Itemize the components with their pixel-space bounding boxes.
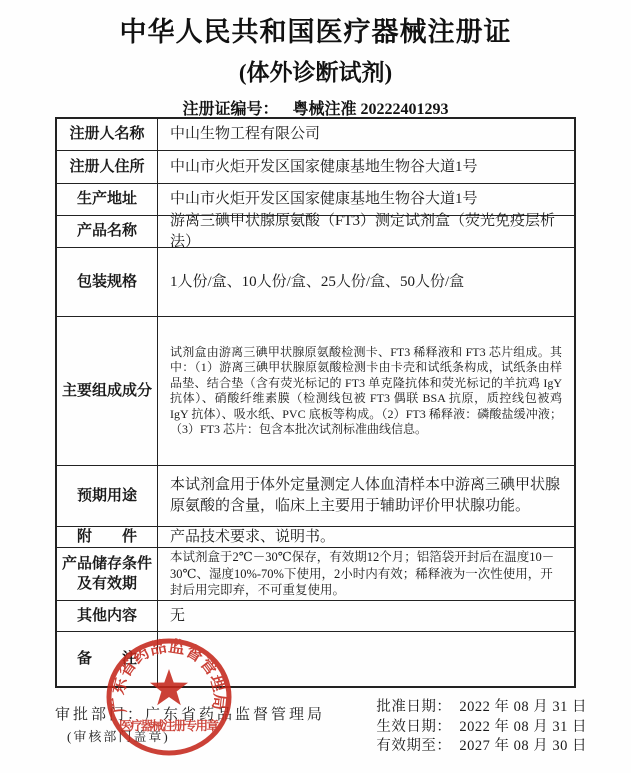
registration-number-line: 注册证编号：粤械注准 20222401293	[0, 96, 631, 119]
field-label: 注册人住所	[57, 151, 158, 183]
table-row-intended-use: 预期用途 本试剂盒用于体外定量测定人体血清样本中游离三碘甲状腺原氨酸的含量，临床…	[57, 466, 574, 527]
field-value-text: 本试剂盒于2℃－30℃保存，有效期12个月；铝箔袋开封后在温度10－30℃、湿度…	[170, 549, 564, 599]
field-value-text: 产品技术要求、说明书。	[170, 527, 564, 548]
table-row-registrant-address: 注册人住所 中山市火炬开发区国家健康基地生物谷大道1号	[57, 151, 574, 184]
certificate-table: 注册人名称 中山生物工程有限公司 注册人住所 中山市火炬开发区国家健康基地生物谷…	[55, 117, 576, 688]
field-value-text: 中山生物工程有限公司	[170, 124, 564, 145]
certificate-title: 中华人民共和国医疗器械注册证	[0, 10, 631, 49]
field-value-text: 无	[170, 606, 564, 627]
field-label: 附 件	[57, 527, 158, 547]
official-seal: 广东省药品监督管理局 医疗器械注册专用章	[94, 627, 246, 773]
certificate-subtitle: (体外诊断试剂)	[0, 54, 631, 87]
field-value: 产品技术要求、说明书。	[158, 527, 574, 547]
field-label: 包装规格	[57, 248, 158, 316]
approval-date-value: 2022 年 08 月 31 日	[459, 698, 587, 718]
table-row-main-components: 主要组成成分 试剂盒由游离三碘甲状腺原氨酸检测卡、FT3 稀释液和 FT3 芯片…	[57, 317, 574, 466]
effective-date-row: 生效日期： 2022 年 08 月 31 日	[376, 718, 587, 738]
effective-date-value: 2022 年 08 月 31 日	[459, 718, 587, 738]
field-label: 生产地址	[57, 184, 158, 215]
table-row-storage-conditions: 产品储存条件及有效期 本试剂盒于2℃－30℃保存，有效期12个月；铝箔袋开封后在…	[57, 548, 574, 601]
expiry-date-row: 有效期至： 2027 年 08 月 30 日	[376, 737, 587, 757]
field-value: 中山生物工程有限公司	[158, 119, 574, 150]
field-value-text: 中山市火炬开发区国家健康基地生物谷大道1号	[170, 189, 564, 210]
field-value: 本试剂盒用于体外定量测定人体血清样本中游离三碘甲状腺原氨酸的含量，临床上主要用于…	[158, 466, 574, 526]
field-label: 产品储存条件及有效期	[57, 548, 158, 600]
seal-bottom-text: 医疗器械注册专用章	[119, 718, 219, 733]
expiry-date-value: 2027 年 08 月 30 日	[459, 737, 587, 757]
effective-date-label: 生效日期：	[376, 718, 451, 738]
field-value-text: 试剂盒由游离三碘甲状腺原氨酸检测卡、FT3 稀释液和 FT3 芯片组成。其中：（…	[170, 345, 562, 438]
registration-number-label: 注册证编号：	[182, 101, 278, 118]
field-label: 预期用途	[57, 466, 158, 526]
certificate-page: 中华人民共和国医疗器械注册证 (体外诊断试剂) 注册证编号：粤械注准 20222…	[0, 0, 631, 773]
table-row-registrant-name: 注册人名称 中山生物工程有限公司	[57, 119, 574, 151]
field-value: 试剂盒由游离三碘甲状腺原氨酸检测卡、FT3 稀释液和 FT3 芯片组成。其中：（…	[158, 317, 574, 465]
field-value-text: 1人份/盒、10人份/盒、25人份/盒、50人份/盒	[170, 272, 564, 293]
expiry-date-label: 有效期至：	[376, 737, 451, 757]
field-value: 1人份/盒、10人份/盒、25人份/盒、50人份/盒	[158, 248, 574, 316]
table-row-product-name: 产品名称 游离三碘甲状腺原氨酸（FT3）测定试剂盒（荧光免疫层析法）	[57, 216, 574, 248]
field-value-text: 本试剂盒用于体外定量测定人体血清样本中游离三碘甲状腺原氨酸的含量，临床上主要用于…	[170, 475, 564, 517]
field-label: 产品名称	[57, 216, 158, 247]
field-value: 游离三碘甲状腺原氨酸（FT3）测定试剂盒（荧光免疫层析法）	[158, 216, 574, 247]
table-row-attachments: 附 件 产品技术要求、说明书。	[57, 527, 574, 548]
field-label: 主要组成成分	[57, 317, 158, 465]
field-value: 中山市火炬开发区国家健康基地生物谷大道1号	[158, 151, 574, 183]
table-row-packaging-spec: 包装规格 1人份/盒、10人份/盒、25人份/盒、50人份/盒	[57, 248, 574, 317]
approval-date-row: 批准日期： 2022 年 08 月 31 日	[376, 698, 587, 718]
certificate-dates: 批准日期： 2022 年 08 月 31 日 生效日期： 2022 年 08 月…	[376, 698, 587, 757]
field-value-text: 游离三碘甲状腺原氨酸（FT3）测定试剂盒（荧光免疫层析法）	[170, 211, 564, 253]
approval-date-label: 批准日期：	[376, 698, 451, 718]
field-value-text: 中山市火炬开发区国家健康基地生物谷大道1号	[170, 157, 564, 178]
field-label: 注册人名称	[57, 119, 158, 150]
registration-number-value: 粤械注准 20222401293	[293, 101, 449, 118]
field-value: 本试剂盒于2℃－30℃保存，有效期12个月；铝箔袋开封后在温度10－30℃、湿度…	[158, 548, 574, 600]
seal-star-icon	[150, 669, 188, 705]
